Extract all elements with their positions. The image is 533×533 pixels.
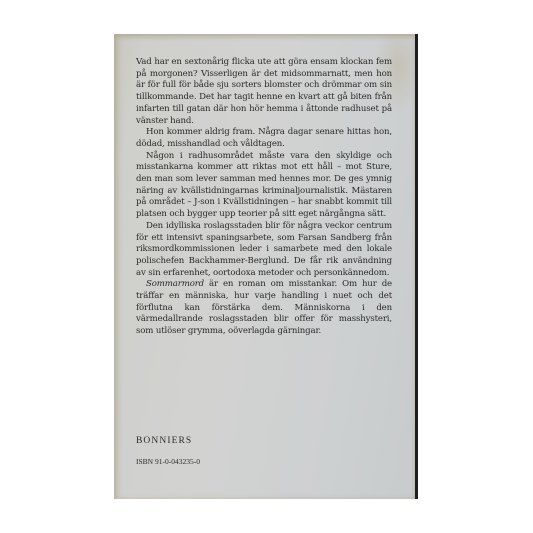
blurb-paragraph: Någon i radhusområdet måste vara den sky… bbox=[136, 151, 392, 221]
blurb-text: Vad har en sextonårig flicka ute att gör… bbox=[136, 57, 392, 338]
isbn-number: ISBN 91-0-043235-0 bbox=[136, 457, 200, 466]
book-back-cover: Vad har en sextonårig flicka ute att gör… bbox=[114, 34, 415, 499]
blurb-paragraph: Hon kommer aldrig fram. Några dagar sena… bbox=[136, 127, 392, 150]
blurb-paragraph-last: Sommarmord är en roman om misstankar. Om… bbox=[136, 279, 392, 338]
book-title: Sommarmord bbox=[146, 279, 204, 289]
blurb-paragraph: Den idylliska roslagsstaden blir för någ… bbox=[136, 221, 392, 280]
blurb-paragraph: Vad har en sextonårig flicka ute att gör… bbox=[136, 57, 392, 127]
publisher-name: BONNIERS bbox=[136, 436, 192, 446]
